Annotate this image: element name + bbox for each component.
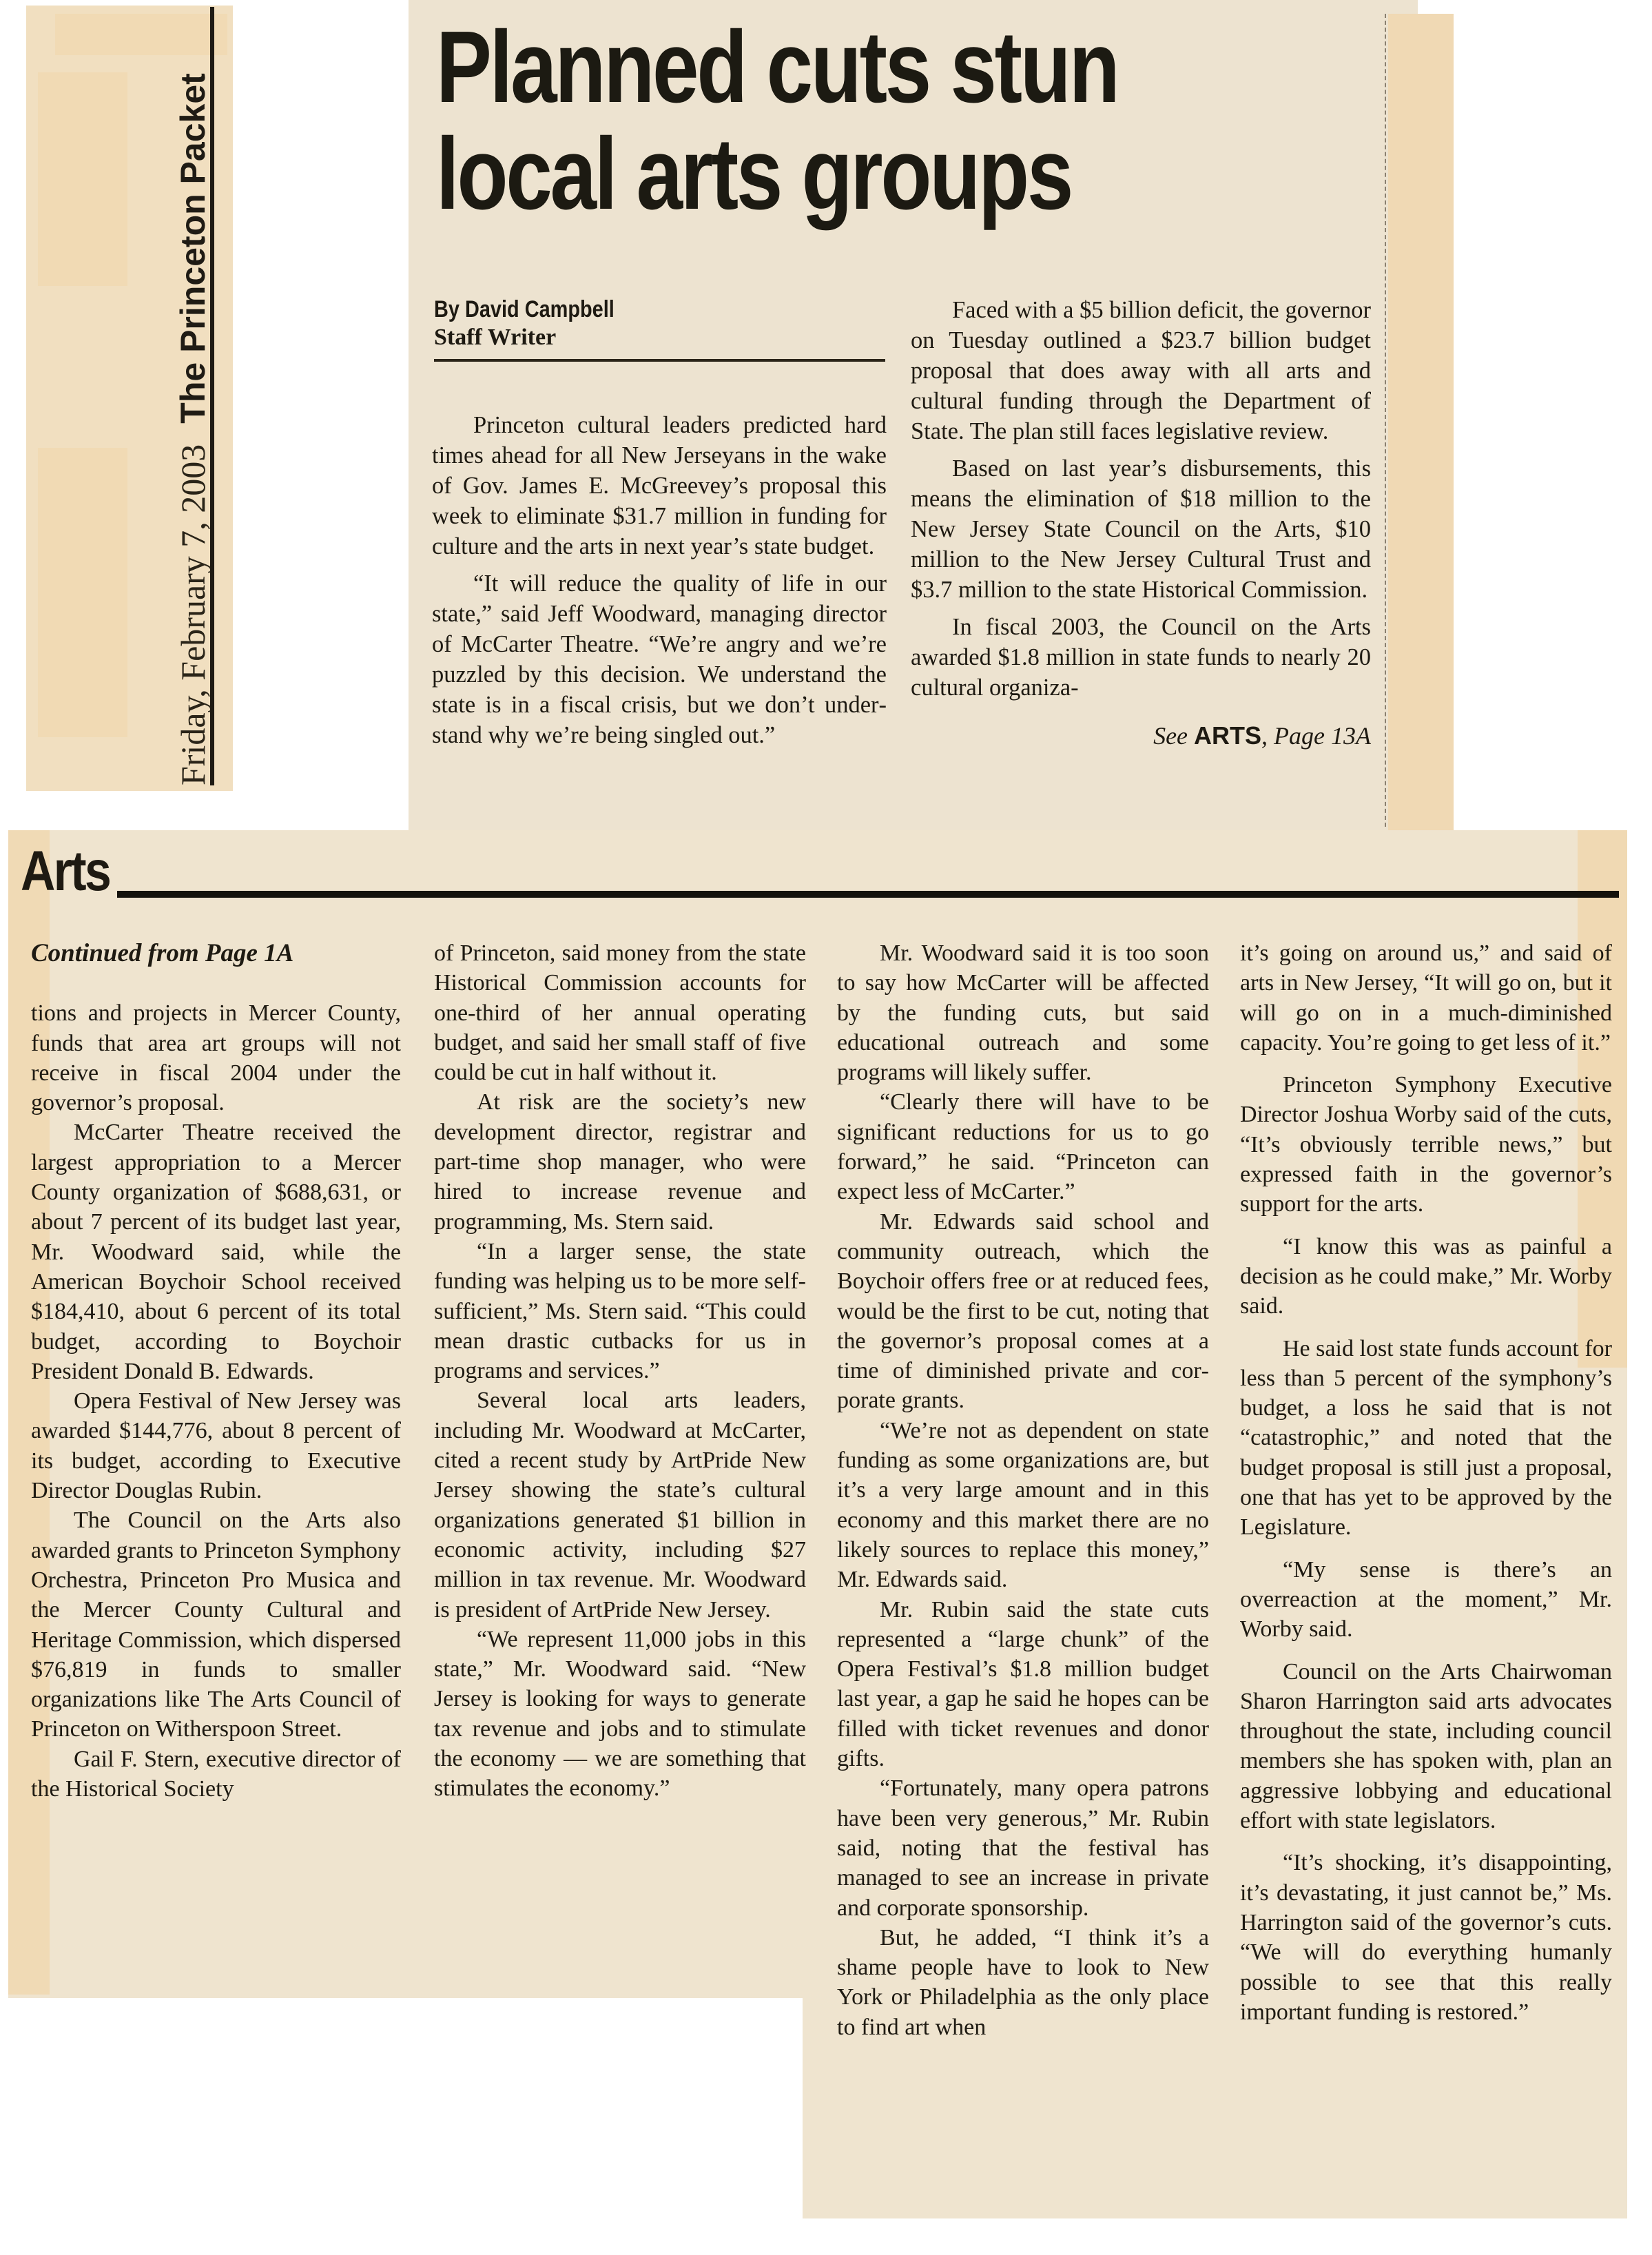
jump-prefix: See — [1153, 722, 1194, 750]
paragraph: “It’s shocking, it’s disap­pointing, it’… — [1240, 1848, 1612, 2027]
headline-line-1: Planned cuts stun — [436, 14, 1216, 121]
paragraph: McCarter Theatre received the largest ap… — [31, 1118, 401, 1386]
paragraph: “We’re not as dependent on state funding… — [837, 1416, 1209, 1595]
paragraph: Princeton Symphony Exec­utive Director J… — [1240, 1070, 1612, 1219]
masthead: Friday, February 7, 2003 The Princeton P… — [162, 14, 224, 785]
paragraph: “My sense is there’s an overreaction at … — [1240, 1555, 1612, 1645]
byline: By David Campbell Staff Writer — [434, 296, 889, 362]
section-header: Arts — [21, 837, 1619, 899]
headline: Planned cuts stun local arts groups — [436, 14, 1216, 227]
paragraph: “Clearly there will have to be significa… — [837, 1087, 1209, 1206]
paragraph: Mr. Woodward said it is too soon to say … — [837, 938, 1209, 1087]
continued-from-label: Continued from Page 1A — [31, 938, 401, 968]
paragraph: Several local arts leaders, including Mr… — [434, 1386, 806, 1624]
paragraph: it’s going on around us,” and said of ar… — [1240, 938, 1612, 1058]
byline-author: By David Campbell — [434, 296, 820, 323]
byline-rule — [434, 359, 885, 362]
paragraph: Gail F. Stern, executive di­rector of th… — [31, 1744, 401, 1804]
paragraph: Mr. Edwards said school and community ou… — [837, 1207, 1209, 1416]
paragraph: “We represent 11,000 jobs in this state,… — [434, 1625, 806, 1804]
jump-key: ARTS — [1194, 721, 1261, 750]
masthead-rule — [210, 7, 214, 785]
paragraph: Opera Festival of New Jer­sey was awarde… — [31, 1386, 401, 1505]
cut-line — [1385, 14, 1386, 827]
paragraph: “I know this was as painful a decision a… — [1240, 1232, 1612, 1321]
paragraph: Mr. Rubin said the state cuts represente… — [837, 1595, 1209, 1774]
paragraph: Princeton cultural leaders predicted har… — [432, 410, 887, 562]
front-column-2: Faced with a $5 billion deficit, the gov… — [911, 295, 1371, 751]
section-label: Arts — [21, 844, 114, 899]
continuation-column-4: it’s going on around us,” and said of ar… — [1240, 938, 1612, 2039]
paragraph: But, he added, “I think it’s a shame peo… — [837, 1923, 1209, 2042]
paragraph: “In a larger sense, the state funding wa… — [434, 1237, 806, 1386]
paragraph: In fiscal 2003, the Council on the Arts … — [911, 612, 1371, 703]
tape-strip — [38, 72, 127, 286]
tape-strip — [38, 448, 127, 737]
paragraph: Council on the Arts Chair­woman Sharon H… — [1240, 1657, 1612, 1836]
section-rule — [117, 891, 1619, 898]
paragraph: tions and projects in Mercer County, fun… — [31, 998, 401, 1118]
paragraph: Based on last year’s disbursements, this… — [911, 453, 1371, 605]
paragraph: Faced with a $5 billion deficit, the gov… — [911, 295, 1371, 446]
publication-name: The Princeton Packet — [173, 73, 213, 424]
front-column-1: Princeton cultural leaders predicted har… — [432, 410, 887, 757]
paragraph: At risk are the society’s new developmen… — [434, 1087, 806, 1236]
continuation-column-1: Continued from Page 1A tions and project… — [31, 938, 401, 1804]
byline-title: Staff Writer — [434, 325, 889, 351]
paragraph: “Fortunately, many opera patrons have be… — [837, 1773, 1209, 1922]
headline-line-2: local arts groups — [436, 121, 1216, 227]
paragraph: “It will reduce the quality of life in o… — [432, 568, 887, 750]
paragraph: The Council on the Arts also awarded gra… — [31, 1505, 401, 1744]
continuation-column-3: Mr. Woodward said it is too soon to say … — [837, 938, 1209, 2042]
paragraph: of Princeton, said money from the state … — [434, 938, 806, 1087]
jump-page: , Page 13A — [1261, 722, 1371, 750]
continuation-column-2: of Princeton, said money from the state … — [434, 938, 806, 1804]
jump-reference: See ARTS, Page 13A — [911, 721, 1371, 751]
paragraph: He said lost state funds ac­count for le… — [1240, 1334, 1612, 1543]
tape-strip — [1388, 14, 1454, 834]
publication-date: Friday, February 7, 2003 — [173, 444, 213, 785]
